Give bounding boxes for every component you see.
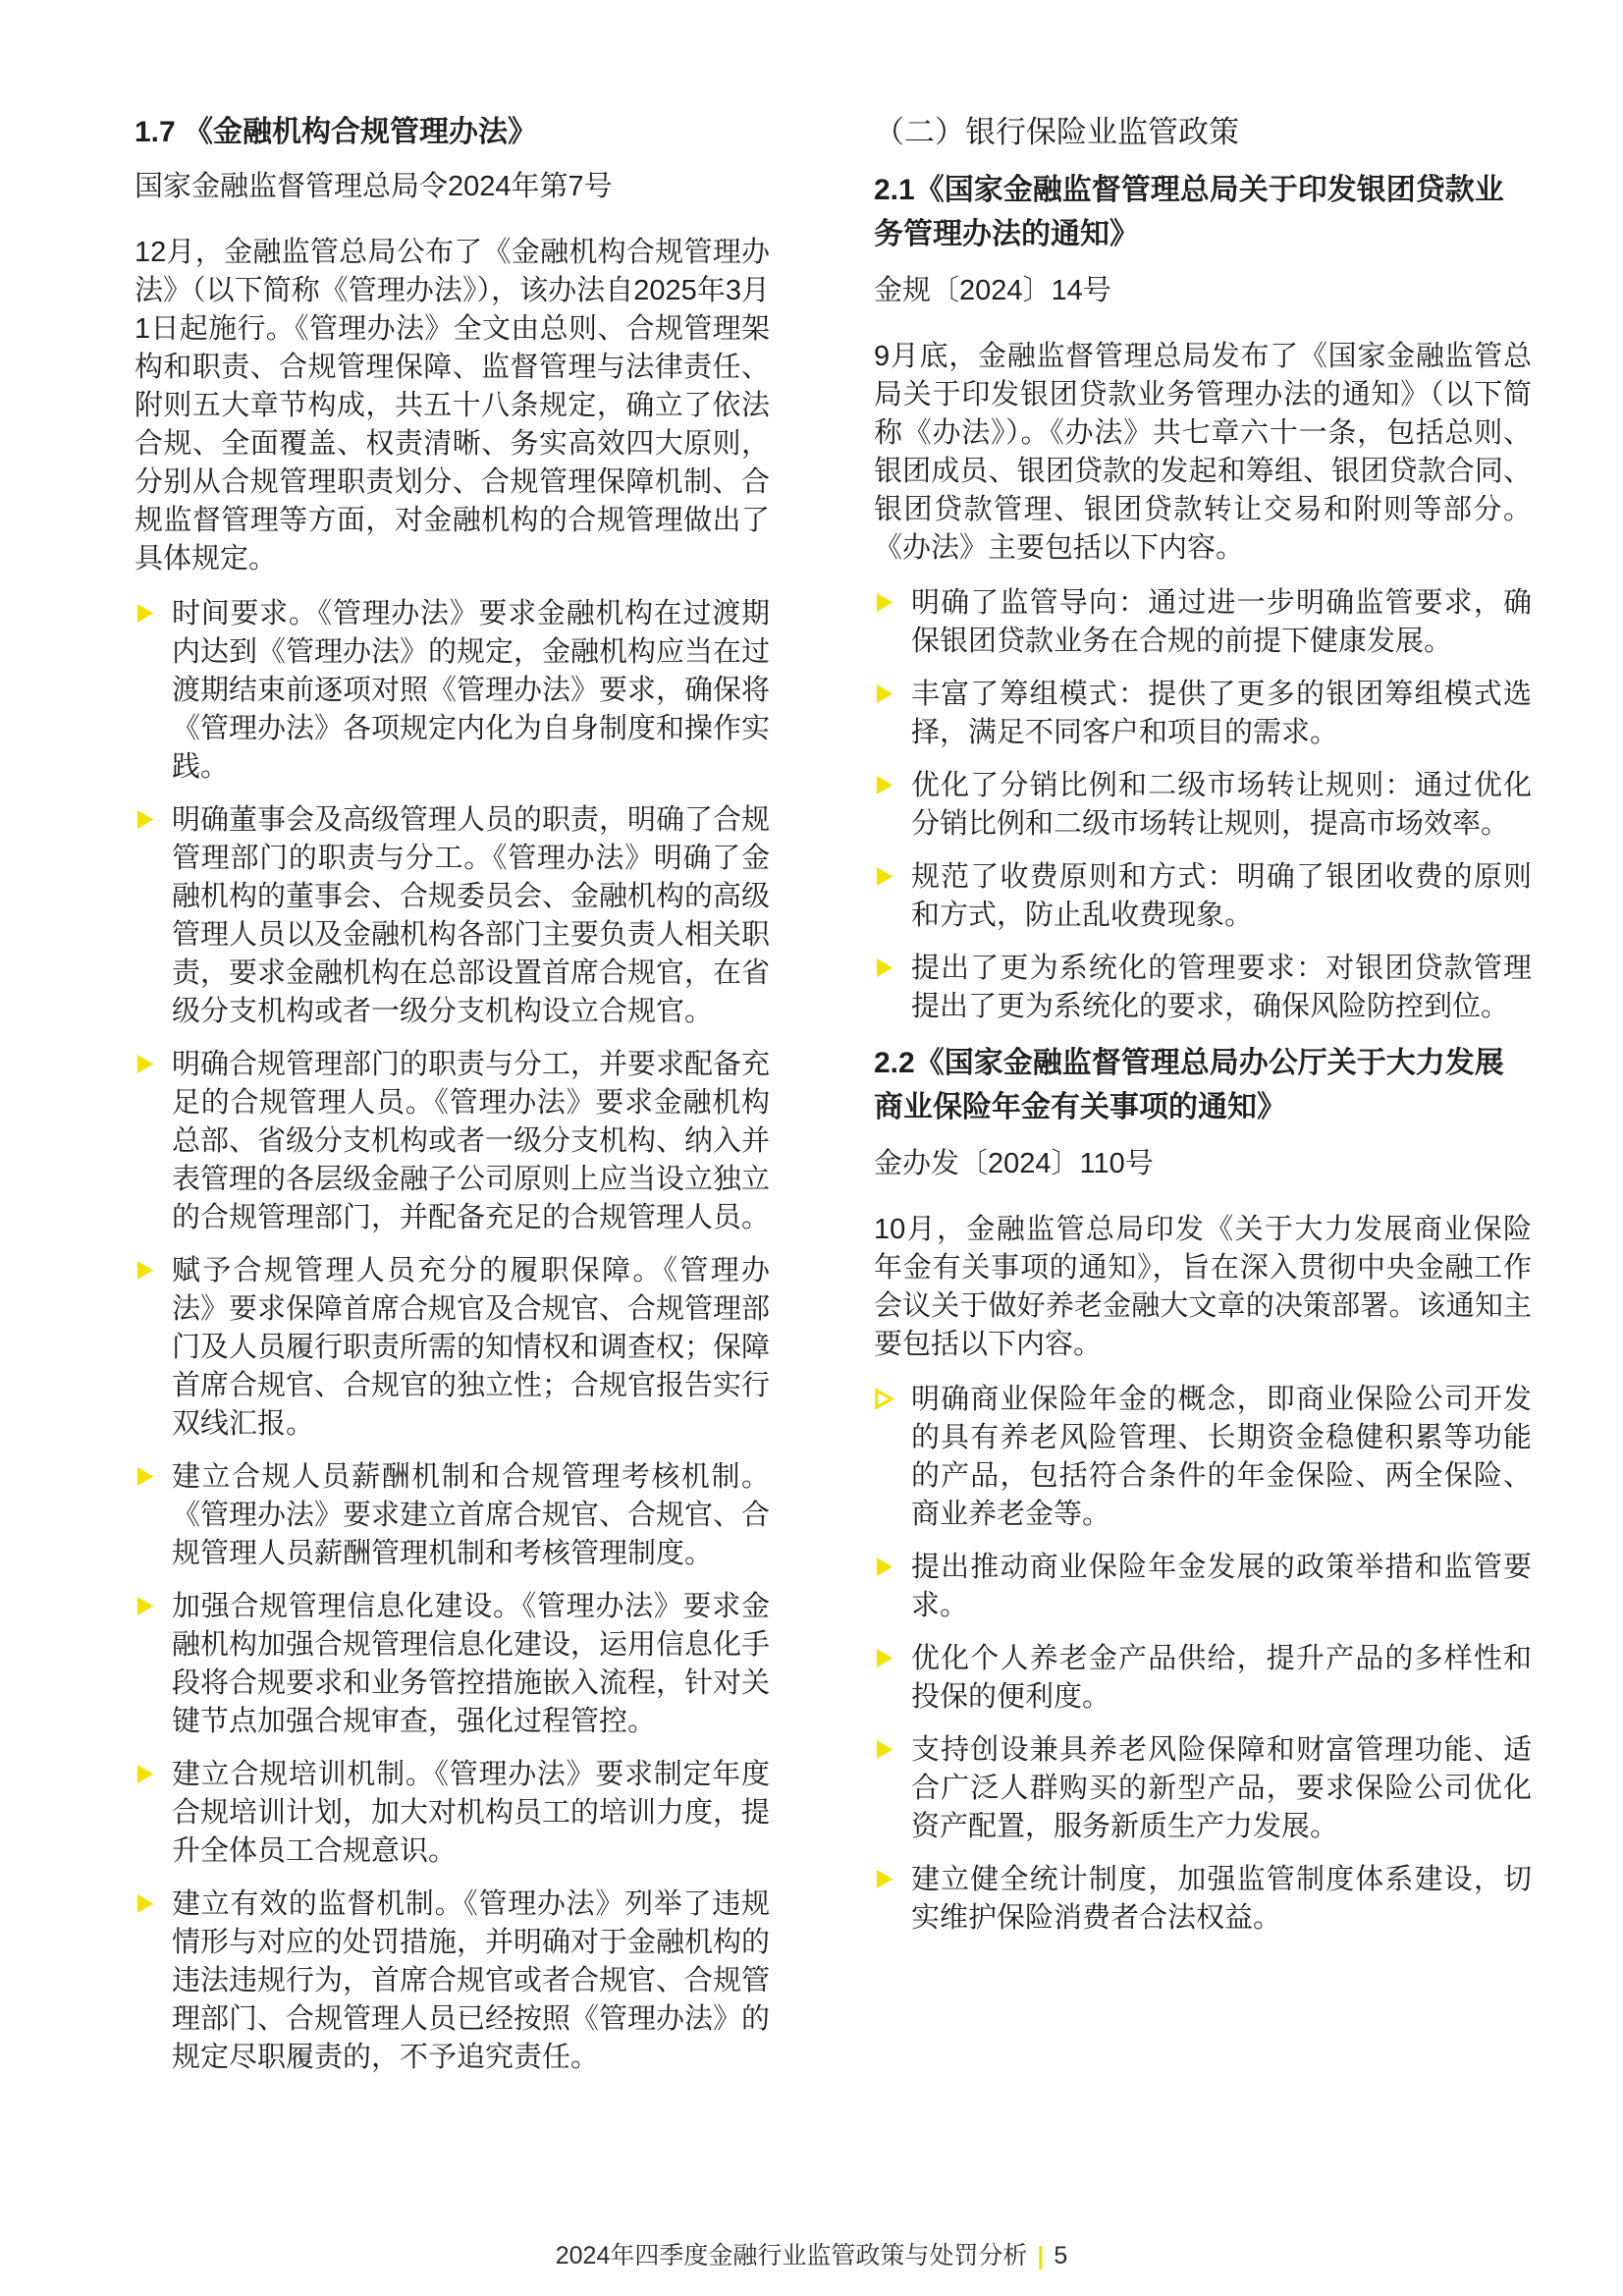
list-item: 建立有效的监督机制。《管理办法》列举了违规情形与对应的处罚措施，并明确对于金融机…: [135, 1886, 770, 2077]
page-footer: 2024年四季度金融行业监管政策与处罚分析|5: [0, 2241, 1623, 2270]
list-item: 规范了收费原则和方式：明确了银团收费的原则和方式，防止乱收费现象。: [874, 858, 1532, 935]
list-item: 支持创设兼具养老风险保障和财富管理功能、适合广泛人群购买的新型产品，要求保险公司…: [874, 1731, 1532, 1846]
bullet-text: 建立合规培训机制。《管理办法》要求制定年度合规培训计划，加大对机构员工的培训力度…: [172, 1756, 770, 1871]
triangle-right-icon: [874, 1556, 894, 1578]
triangle-right-icon: [874, 774, 894, 796]
list-item: 提出推动商业保险年金发展的政策举措和监管要求。: [874, 1549, 1532, 1625]
bullet-text: 明确合规管理部门的职责与分工，并要求配备充足的合规管理人员。《管理办法》要求金融…: [172, 1046, 770, 1237]
bullet-text: 时间要求。《管理办法》要求金融机构在过渡期内达到《管理办法》的规定，金融机构应当…: [172, 595, 770, 787]
bullet-text: 规范了收费原则和方式：明确了银团收费的原则和方式，防止乱收费现象。: [911, 858, 1532, 935]
triangle-right-icon: [874, 1738, 894, 1761]
section-heading-2: （二）银行保险业监管政策: [874, 113, 1532, 152]
triangle-right-icon: [135, 602, 155, 625]
right-column: （二）银行保险业监管政策 2.1《国家金融监督管理总局关于印发银团贷款业务管理办…: [874, 113, 1532, 1952]
list-item: 明确商业保险年金的概念，即商业保险公司开发的具有养老风险管理、长期资金稳健积累等…: [874, 1381, 1532, 1534]
triangle-right-outline-icon: [874, 1388, 894, 1410]
bullet-text: 丰富了筹组模式：提供了更多的银团筹组模式选择，满足不同客户和项目的需求。: [911, 676, 1532, 752]
list-item: 赋予合规管理人员充分的履职保障。《管理办法》要求保障首席合规官及合规官、合规管理…: [135, 1252, 770, 1444]
bullet-text: 明确了监管导向：通过进一步明确监管要求，确保银团贷款业务在合规的前提下健康发展。: [911, 584, 1532, 661]
bullet-text: 优化了分销比例和二级市场转让规则：通过优化分销比例和二级市场转让规则，提高市场效…: [911, 767, 1532, 844]
section-intro: 12月，金融监管总局公布了《金融机构合规管理办法》（以下简称《管理办法》），该办…: [135, 234, 770, 578]
bullet-text: 赋予合规管理人员充分的履职保障。《管理办法》要求保障首席合规官及合规官、合规管理…: [172, 1252, 770, 1444]
bullet-text: 提出了更为系统化的管理要求：对银团贷款管理提出了更为系统化的要求，确保风险防控到…: [911, 950, 1532, 1026]
page-body: 1.7 《金融机构合规管理办法》 国家金融监督管理总局令2024年第7号 12月…: [0, 0, 1623, 2092]
bullet-text: 优化个人养老金产品供给，提升产品的多样性和投保的便利度。: [911, 1640, 1532, 1717]
list-item: 优化个人养老金产品供给，提升产品的多样性和投保的便利度。: [874, 1640, 1532, 1717]
bullet-list: 时间要求。《管理办法》要求金融机构在过渡期内达到《管理办法》的规定，金融机构应当…: [135, 595, 770, 2077]
triangle-right-icon: [874, 957, 894, 979]
bullet-text: 提出推动商业保险年金发展的政策举措和监管要求。: [911, 1549, 1532, 1625]
footer-divider: |: [1027, 2242, 1054, 2269]
triangle-right-icon: [135, 808, 155, 831]
bullet-text: 加强合规管理信息化建设。《管理办法》要求金融机构加强合规管理信息化建设，运用信息…: [172, 1588, 770, 1741]
list-item: 加强合规管理信息化建设。《管理办法》要求金融机构加强合规管理信息化建设，运用信息…: [135, 1588, 770, 1741]
bullet-text: 建立健全统计制度，加强监管制度体系建设，切实维护保险消费者合法权益。: [911, 1861, 1532, 1938]
bullet-text: 明确商业保险年金的概念，即商业保险公司开发的具有养老风险管理、长期资金稳健积累等…: [911, 1381, 1532, 1534]
section-intro: 10月，金融监管总局印发《关于大力发展商业保险年金有关事项的通知》，旨在深入贯彻…: [874, 1211, 1532, 1364]
list-item: 建立合规培训机制。《管理办法》要求制定年度合规培训计划，加大对机构员工的培训力度…: [135, 1756, 770, 1871]
triangle-right-icon: [135, 1259, 155, 1282]
doc-number: 金规〔2024〕14号: [874, 272, 1532, 310]
bullet-text: 建立有效的监督机制。《管理办法》列举了违规情形与对应的处罚措施，并明确对于金融机…: [172, 1886, 770, 2077]
bullet-list: 明确了监管导向：通过进一步明确监管要求，确保银团贷款业务在合规的前提下健康发展。…: [874, 584, 1532, 1026]
bullet-list: 明确商业保险年金的概念，即商业保险公司开发的具有养老风险管理、长期资金稳健积累等…: [874, 1381, 1532, 1938]
triangle-right-icon: [135, 1892, 155, 1915]
list-item: 明确合规管理部门的职责与分工，并要求配备充足的合规管理人员。《管理办法》要求金融…: [135, 1046, 770, 1237]
list-item: 优化了分销比例和二级市场转让规则：通过优化分销比例和二级市场转让规则，提高市场效…: [874, 767, 1532, 844]
bullet-text: 明确董事会及高级管理人员的职责，明确了合规管理部门的职责与分工。《管理办法》明确…: [172, 801, 770, 1031]
page-number: 5: [1054, 2242, 1067, 2269]
section-intro: 9月底，金融监督管理总局发布了《国家金融监管总局关于印发银团贷款业务管理办法的通…: [874, 338, 1532, 568]
section-heading-2-1: 2.1《国家金融监督管理总局关于印发银团贷款业务管理办法的通知》: [874, 168, 1532, 256]
list-item: 明确董事会及高级管理人员的职责，明确了合规管理部门的职责与分工。《管理办法》明确…: [135, 801, 770, 1031]
triangle-right-icon: [874, 591, 894, 614]
bullet-text: 建立合规人员薪酬机制和合规管理考核机制。《管理办法》要求建立首席合规官、合规官、…: [172, 1458, 770, 1573]
triangle-right-icon: [874, 865, 894, 888]
doc-number: 金办发〔2024〕110号: [874, 1145, 1532, 1183]
triangle-right-icon: [874, 683, 894, 705]
triangle-right-icon: [135, 1763, 155, 1785]
bullet-text: 支持创设兼具养老风险保障和财富管理功能、适合广泛人群购买的新型产品，要求保险公司…: [911, 1731, 1532, 1846]
footer-title: 2024年四季度金融行业监管政策与处罚分析: [556, 2242, 1028, 2269]
list-item: 提出了更为系统化的管理要求：对银团贷款管理提出了更为系统化的要求，确保风险防控到…: [874, 950, 1532, 1026]
left-column: 1.7 《金融机构合规管理办法》 国家金融监督管理总局令2024年第7号 12月…: [135, 113, 770, 2092]
doc-number: 国家金融监督管理总局令2024年第7号: [135, 168, 770, 206]
triangle-right-icon: [135, 1465, 155, 1488]
list-item: 明确了监管导向：通过进一步明确监管要求，确保银团贷款业务在合规的前提下健康发展。: [874, 584, 1532, 661]
triangle-right-icon: [135, 1053, 155, 1075]
section-heading-2-2: 2.2《国家金融监督管理总局办公厅关于大力发展商业保险年金有关事项的通知》: [874, 1041, 1532, 1129]
list-item: 丰富了筹组模式：提供了更多的银团筹组模式选择，满足不同客户和项目的需求。: [874, 676, 1532, 752]
section-heading-1-7: 1.7 《金融机构合规管理办法》: [135, 113, 770, 152]
list-item: 时间要求。《管理办法》要求金融机构在过渡期内达到《管理办法》的规定，金融机构应当…: [135, 595, 770, 787]
triangle-right-icon: [874, 1868, 894, 1890]
triangle-right-icon: [874, 1647, 894, 1669]
list-item: 建立合规人员薪酬机制和合规管理考核机制。《管理办法》要求建立首席合规官、合规官、…: [135, 1458, 770, 1573]
triangle-right-icon: [135, 1595, 155, 1617]
list-item: 建立健全统计制度，加强监管制度体系建设，切实维护保险消费者合法权益。: [874, 1861, 1532, 1938]
